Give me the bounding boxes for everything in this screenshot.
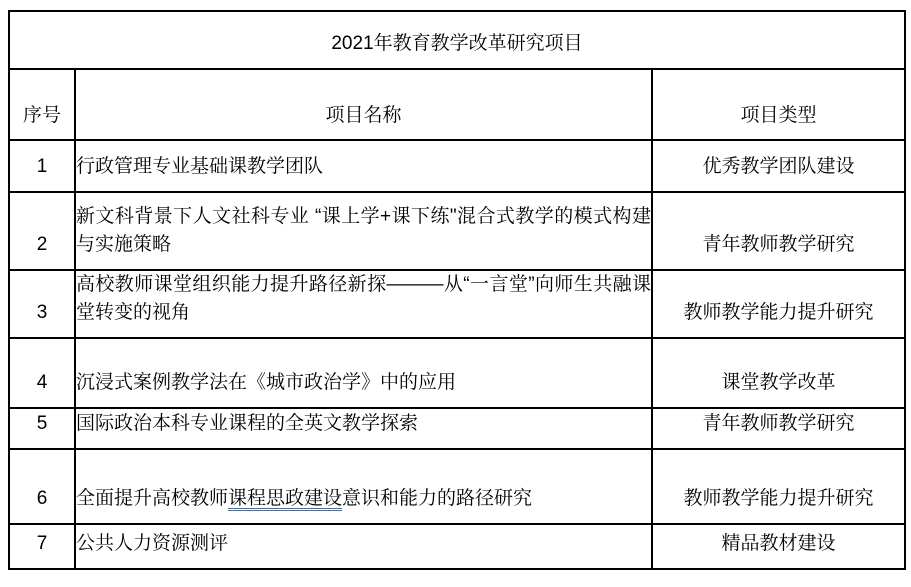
table-title: 2021年教育教学改革研究项目 (9, 11, 905, 69)
table-row: 5国际政治本科专业课程的全英文教学探索青年教师教学研究 (9, 408, 905, 449)
table-row: 3高校教师课堂组织能力提升路径新探———从“一言堂”向师生共融课堂转变的视角教师… (9, 270, 905, 338)
row-index: 1 (9, 140, 75, 192)
table-row: 7公共人力资源测评精品教材建设 (9, 524, 905, 569)
project-type: 教师教学能力提升研究 (652, 449, 905, 524)
name-text: 国际政治本科专业课程的全英文教学探索 (76, 413, 418, 434)
project-type: 优秀教学团队建设 (652, 140, 905, 192)
project-type: 教师教学能力提升研究 (652, 270, 905, 338)
column-header-type: 项目类型 (652, 69, 905, 140)
project-type: 精品教材建设 (652, 524, 905, 569)
table-row: 4沉浸式案例教学法在《城市政治学》中的应用课堂教学改革 (9, 338, 905, 408)
column-header-index: 序号 (9, 69, 75, 140)
row-index: 5 (9, 408, 75, 449)
row-index: 7 (9, 524, 75, 569)
table-row: 6全面提升高校教师课程思政建设意识和能力的路径研究教师教学能力提升研究 (9, 449, 905, 524)
project-type: 课堂教学改革 (652, 338, 905, 408)
name-text: 行政管理专业基础课教学团队 (76, 156, 323, 177)
title-row: 2021年教育教学改革研究项目 (9, 11, 905, 69)
table-body: 1行政管理专业基础课教学团队优秀教学团队建设2新文科背景下人文社科专业 “课上学… (9, 140, 905, 569)
table-row: 1行政管理专业基础课教学团队优秀教学团队建设 (9, 140, 905, 192)
name-text: 意识和能力的路径研究 (342, 488, 532, 509)
project-name: 公共人力资源测评 (75, 524, 652, 569)
table-head: 2021年教育教学改革研究项目 序号 项目名称 项目类型 (9, 11, 905, 140)
column-header-name: 项目名称 (75, 69, 652, 140)
project-name: 沉浸式案例教学法在《城市政治学》中的应用 (75, 338, 652, 408)
document-page: 2021年教育教学改革研究项目 序号 项目名称 项目类型 1行政管理专业基础课教… (0, 0, 911, 587)
project-name: 行政管理专业基础课教学团队 (75, 140, 652, 192)
name-text: 新文科背景下人文社科专业 “课上学+课下练"混合式教学的模式构建与实施策略 (76, 206, 651, 255)
project-type: 青年教师教学研究 (652, 408, 905, 449)
row-index: 2 (9, 192, 75, 270)
name-text: 高校教师课堂组织能力提升路径新探———从“一言堂”向师生共融课堂转变的视角 (76, 274, 651, 323)
project-name: 全面提升高校教师课程思政建设意识和能力的路径研究 (75, 449, 652, 524)
row-index: 3 (9, 270, 75, 338)
name-text: 公共人力资源测评 (76, 533, 228, 554)
row-index: 4 (9, 338, 75, 408)
project-name: 国际政治本科专业课程的全英文教学探索 (75, 408, 652, 449)
table-row: 2新文科背景下人文社科专业 “课上学+课下练"混合式教学的模式构建与实施策略青年… (9, 192, 905, 270)
project-name: 新文科背景下人文社科专业 “课上学+课下练"混合式教学的模式构建与实施策略 (75, 192, 652, 270)
name-text: 沉浸式案例教学法在《城市政治学》中的应用 (76, 372, 456, 393)
underlined-text: 课程思政建设 (228, 488, 342, 509)
project-type: 青年教师教学研究 (652, 192, 905, 270)
header-row: 序号 项目名称 项目类型 (9, 69, 905, 140)
projects-table: 2021年教育教学改革研究项目 序号 项目名称 项目类型 1行政管理专业基础课教… (8, 10, 906, 570)
name-text: 全面提升高校教师 (76, 488, 228, 509)
project-name: 高校教师课堂组织能力提升路径新探———从“一言堂”向师生共融课堂转变的视角 (75, 270, 652, 338)
row-index: 6 (9, 449, 75, 524)
